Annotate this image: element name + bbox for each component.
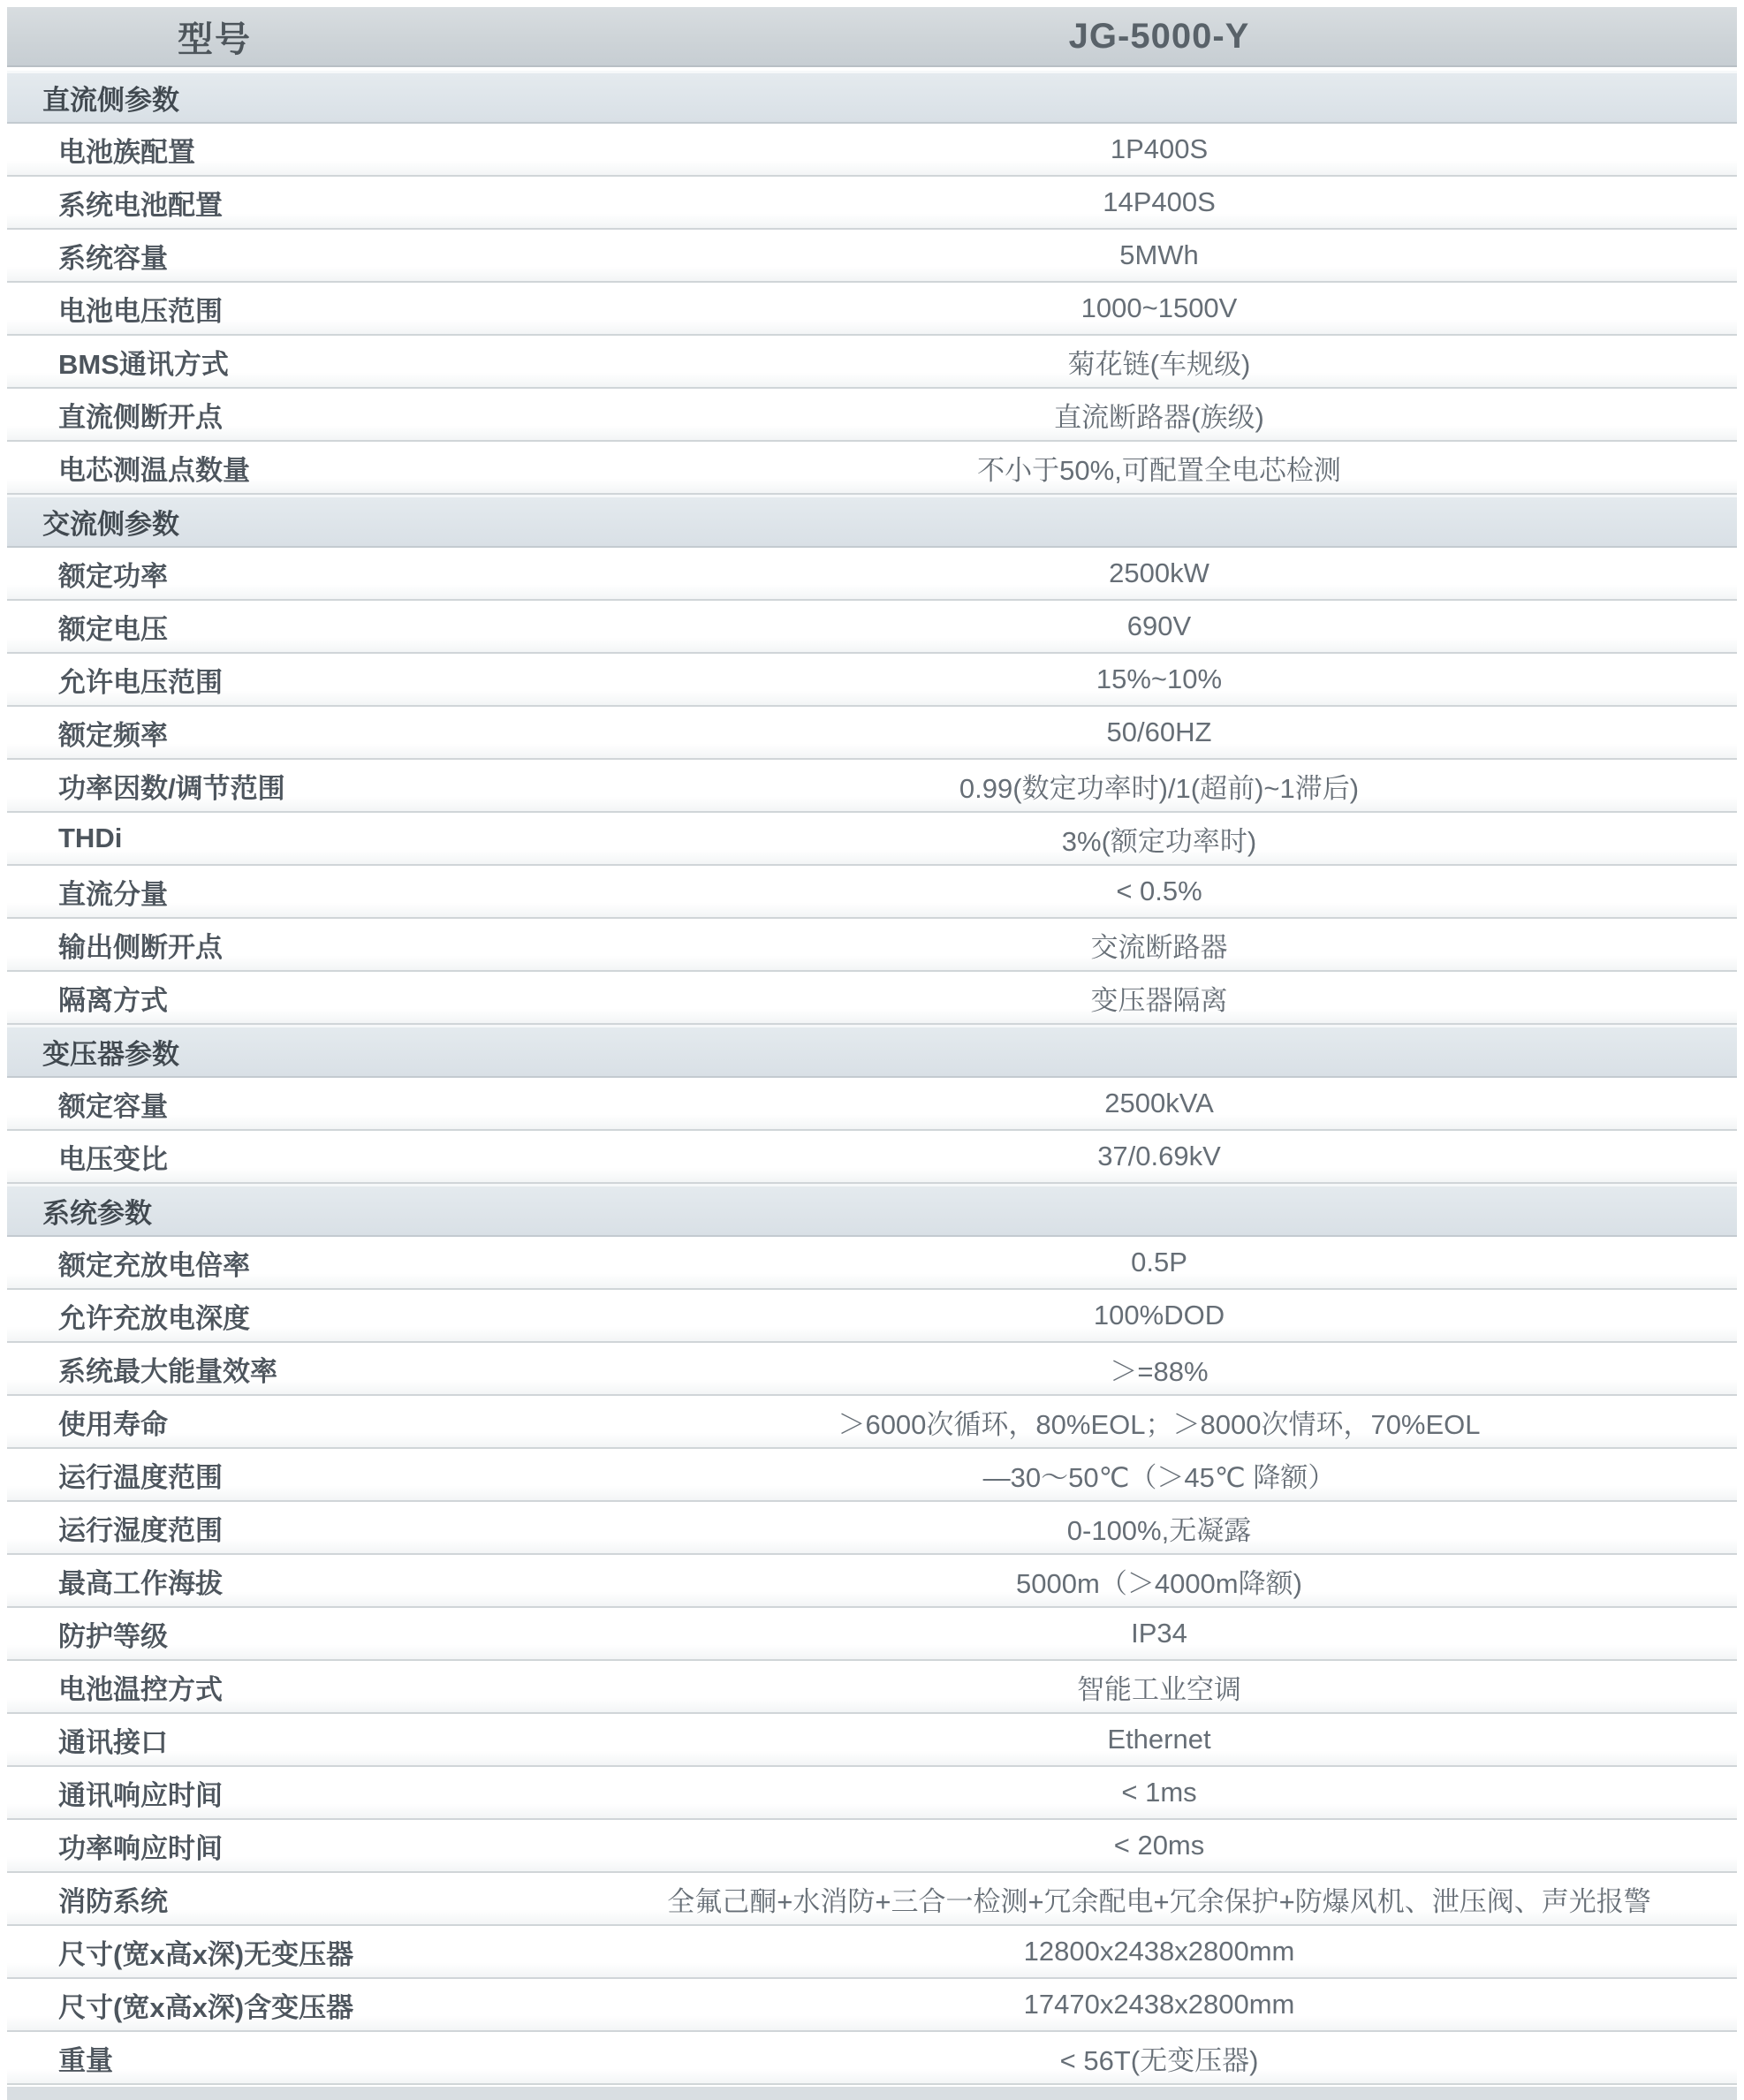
section-row: 直流侧参数: [7, 71, 1737, 124]
spec-row: 尺寸(宽x高x深)无变压器12800x2438x2800mm: [7, 1926, 1737, 1979]
spec-label: BMS通讯方式: [7, 336, 581, 387]
spec-label: 使用寿命: [7, 1396, 581, 1447]
spec-value: 0.99(数定功率时)/1(超前)~1滞后): [581, 760, 1737, 811]
section-row: 交流侧参数: [7, 495, 1737, 548]
spec-row: 电池电压范围1000~1500V: [7, 283, 1737, 336]
section-row: 变压器参数: [7, 1025, 1737, 1078]
spec-value: 1000~1500V: [581, 283, 1737, 334]
spec-row: 允许电压范围15%~10%: [7, 654, 1737, 707]
spec-row: 电芯测温点数量不小于50%,可配置全电芯检测: [7, 442, 1737, 495]
spec-value: 交流断路器: [581, 919, 1737, 970]
spec-row: 防护等级IP34: [7, 1608, 1737, 1661]
spec-value: 690V: [581, 601, 1737, 652]
spec-row: 系统最大能量效率＞=88%: [7, 1343, 1737, 1396]
spec-row: 直流分量< 0.5%: [7, 866, 1737, 919]
spec-label: 通讯响应时间: [7, 1767, 581, 1818]
spec-row: 额定充放电倍率0.5P: [7, 1237, 1737, 1290]
spec-value: 菊花链(车规级): [581, 336, 1737, 387]
spec-label: 电芯测温点数量: [7, 442, 581, 493]
spec-label: 直流分量: [7, 866, 581, 917]
spec-label: 额定功率: [7, 548, 581, 599]
spec-label: 尺寸(宽x高x深)含变压器: [7, 1979, 581, 2030]
section-title: 变压器参数: [42, 1032, 179, 1072]
spec-value: 全氟己酮+水消防+三合一检测+冗余配电+冗余保护+防爆风机、泄压阀、声光报警: [581, 1873, 1737, 1924]
spec-row: 电池温控方式智能工业空调: [7, 1661, 1737, 1714]
spec-label: 额定充放电倍率: [7, 1237, 581, 1288]
spec-row: 电压变比37/0.69kV: [7, 1131, 1737, 1184]
spec-row: 通讯响应时间< 1ms: [7, 1767, 1737, 1820]
spec-value: 37/0.69kV: [581, 1131, 1737, 1182]
spec-value: 直流断路器(族级): [581, 389, 1737, 440]
section-row: 系统参数: [7, 1184, 1737, 1237]
spec-label: 重量: [7, 2032, 581, 2083]
spec-label: 电池温控方式: [7, 1661, 581, 1712]
spec-row: BMS通讯方式菊花链(车规级): [7, 336, 1737, 389]
spec-value: 12800x2438x2800mm: [581, 1926, 1737, 1977]
spec-label: 允许充放电深度: [7, 1290, 581, 1341]
spec-row: 直流侧断开点直流断路器(族级): [7, 389, 1737, 442]
spec-label: 功率响应时间: [7, 1820, 581, 1871]
spec-table-body: 直流侧参数电池族配置1P400S系统电池配置14P400S系统容量5MWh电池电…: [7, 71, 1737, 2085]
spec-row: 额定电压690V: [7, 601, 1737, 654]
spec-label: 尺寸(宽x高x深)无变压器: [7, 1926, 581, 1977]
spec-value: Ethernet: [581, 1714, 1737, 1765]
spec-label: 额定容量: [7, 1078, 581, 1129]
spec-row: 通讯接口Ethernet: [7, 1714, 1737, 1767]
model-header-label: 型号: [7, 7, 581, 65]
spec-row: 重量< 56T(无变压器): [7, 2032, 1737, 2085]
spec-label: 电池族配置: [7, 124, 581, 175]
spec-table: 型号 JG-5000-Y 直流侧参数电池族配置1P400S系统电池配置14P40…: [7, 7, 1737, 2098]
spec-value: ＞=88%: [581, 1343, 1737, 1394]
spec-row: 功率因数/调节范围0.99(数定功率时)/1(超前)~1滞后): [7, 760, 1737, 813]
spec-value: 2500kW: [581, 548, 1737, 599]
model-header-value: JG-5000-Y: [581, 7, 1737, 65]
spec-row: 功率响应时间< 20ms: [7, 1820, 1737, 1873]
spec-label: 系统容量: [7, 230, 581, 281]
spec-value: 14P400S: [581, 177, 1737, 228]
spec-row: 最高工作海拔5000m（＞4000m降额): [7, 1555, 1737, 1608]
spec-row: 尺寸(宽x高x深)含变压器17470x2438x2800mm: [7, 1979, 1737, 2032]
spec-label: 运行湿度范围: [7, 1502, 581, 1553]
spec-value: 0-100%,无凝露: [581, 1502, 1737, 1553]
spec-row: THDi3%(额定功率时): [7, 813, 1737, 866]
spec-value: 100%DOD: [581, 1290, 1737, 1341]
spec-value: < 56T(无变压器): [581, 2032, 1737, 2083]
spec-label: 输出侧断开点: [7, 919, 581, 970]
spec-label: 系统电池配置: [7, 177, 581, 228]
spec-label: 隔离方式: [7, 972, 581, 1023]
spec-row: 允许充放电深度100%DOD: [7, 1290, 1737, 1343]
spec-value: ＞6000次循环，80%EOL；＞8000次情环，70%EOL: [581, 1396, 1737, 1447]
spec-value: 5000m（＞4000m降额): [581, 1555, 1737, 1606]
spec-label: THDi: [7, 813, 581, 864]
spec-value: 1P400S: [581, 124, 1737, 175]
spec-value: < 0.5%: [581, 866, 1737, 917]
spec-value: 15%~10%: [581, 654, 1737, 705]
spec-label: 防护等级: [7, 1608, 581, 1659]
spec-value: < 20ms: [581, 1820, 1737, 1871]
spec-row: 系统容量5MWh: [7, 230, 1737, 283]
spec-value: —30～50℃（＞45℃ 降额）: [581, 1449, 1737, 1500]
spec-row: 额定功率2500kW: [7, 548, 1737, 601]
spec-row: 隔离方式变压器隔离: [7, 972, 1737, 1025]
spec-row: 额定频率50/60HZ: [7, 707, 1737, 760]
spec-row: 消防系统全氟己酮+水消防+三合一检测+冗余配电+冗余保护+防爆风机、泄压阀、声光…: [7, 1873, 1737, 1926]
spec-value: 变压器隔离: [581, 972, 1737, 1023]
spec-label: 电压变比: [7, 1131, 581, 1182]
spec-row: 电池族配置1P400S: [7, 124, 1737, 177]
spec-row: 使用寿命＞6000次循环，80%EOL；＞8000次情环，70%EOL: [7, 1396, 1737, 1449]
spec-row: 运行温度范围—30～50℃（＞45℃ 降额）: [7, 1449, 1737, 1502]
section-title: 交流侧参数: [42, 502, 179, 542]
spec-label: 消防系统: [7, 1873, 581, 1924]
spec-label: 最高工作海拔: [7, 1555, 581, 1606]
spec-value: IP34: [581, 1608, 1737, 1659]
spec-value: 50/60HZ: [581, 707, 1737, 758]
spec-label: 通讯接口: [7, 1714, 581, 1765]
spec-label: 系统最大能量效率: [7, 1343, 581, 1394]
spec-value: 5MWh: [581, 230, 1737, 281]
spec-row: 系统电池配置14P400S: [7, 177, 1737, 230]
bottom-partial-band: [7, 2087, 1737, 2098]
spec-label: 功率因数/调节范围: [7, 760, 581, 811]
spec-label: 允许电压范围: [7, 654, 581, 705]
spec-label: 直流侧断开点: [7, 389, 581, 440]
spec-value: 17470x2438x2800mm: [581, 1979, 1737, 2030]
spec-label: 运行温度范围: [7, 1449, 581, 1500]
spec-label: 电池电压范围: [7, 283, 581, 334]
spec-value: < 1ms: [581, 1767, 1737, 1818]
spec-value: 不小于50%,可配置全电芯检测: [581, 442, 1737, 493]
spec-value: 0.5P: [581, 1237, 1737, 1288]
spec-label: 额定频率: [7, 707, 581, 758]
spec-label: 额定电压: [7, 601, 581, 652]
section-title: 系统参数: [42, 1191, 152, 1231]
spec-value: 智能工业空调: [581, 1661, 1737, 1712]
spec-value: 3%(额定功率时): [581, 813, 1737, 864]
section-title: 直流侧参数: [42, 78, 179, 118]
spec-row: 额定容量2500kVA: [7, 1078, 1737, 1131]
spec-value: 2500kVA: [581, 1078, 1737, 1129]
table-header-row: 型号 JG-5000-Y: [7, 7, 1737, 67]
spec-row: 输出侧断开点交流断路器: [7, 919, 1737, 972]
spec-row: 运行湿度范围0-100%,无凝露: [7, 1502, 1737, 1555]
